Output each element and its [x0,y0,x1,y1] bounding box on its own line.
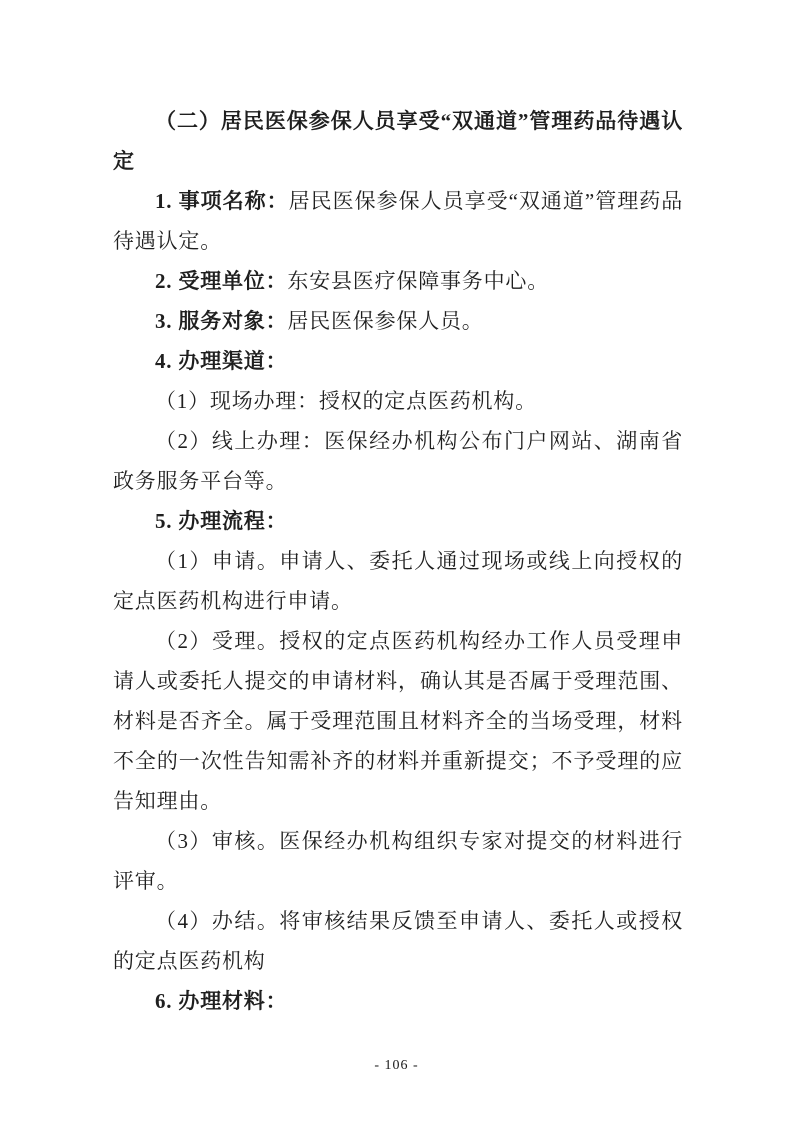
paragraph: （2）受理。授权的定点医药机构经办工作人员受理申请人或委托人提交的申请材料，确认… [113,621,683,821]
paragraph: 5. 办理流程： [113,501,683,541]
paragraph-text: （2）受理。授权的定点医药机构经办工作人员受理申请人或委托人提交的申请材料，确认… [113,629,683,813]
item-label: 3. 服务对象： [155,309,287,333]
paragraph: （3）审核。医保经办机构组织专家对提交的材料进行评审。 [113,821,683,901]
paragraph-text: （3）审核。医保经办机构组织专家对提交的材料进行评审。 [113,829,683,893]
paragraph: （1）现场办理：授权的定点医药机构。 [113,381,683,421]
paragraph-text: （1）申请。申请人、委托人通过现场或线上向授权的定点医药机构进行申请。 [113,549,683,613]
item-label: 5. 办理流程： [155,509,287,533]
paragraph: 3. 服务对象：居民医保参保人员。 [113,301,683,341]
paragraph-text: （2）线上办理：医保经办机构公布门户网站、湖南省政务服务平台等。 [113,429,683,493]
item-label: 4. 办理渠道： [155,349,287,373]
paragraph-text: 居民医保参保人员。 [287,309,483,333]
page-footer: - 106 - [0,1056,793,1076]
page-number: - 106 - [374,1058,418,1073]
document-content: （二）居民医保参保人员享受“双通道”管理药品待遇认定1. 事项名称：居民医保参保… [113,101,683,1021]
item-label: 6. 办理材料： [155,989,287,1013]
paragraph-text: （1）现场办理：授权的定点医药机构。 [155,389,537,413]
item-label: 1. 事项名称： [155,189,289,213]
document-page: （二）居民医保参保人员享受“双通道”管理药品待遇认定1. 事项名称：居民医保参保… [0,0,793,1122]
section-heading-text: （二）居民医保参保人员享受“双通道”管理药品待遇认定 [113,109,683,173]
section-heading: （二）居民医保参保人员享受“双通道”管理药品待遇认定 [113,101,683,181]
item-label: 2. 受理单位： [155,269,287,293]
paragraph: 2. 受理单位：东安县医疗保障事务中心。 [113,261,683,301]
paragraph: 6. 办理材料： [113,981,683,1021]
paragraph-text: 东安县医疗保障事务中心。 [287,269,549,293]
paragraph: 1. 事项名称：居民医保参保人员享受“双通道”管理药品待遇认定。 [113,181,683,261]
paragraph: （1）申请。申请人、委托人通过现场或线上向授权的定点医药机构进行申请。 [113,541,683,621]
paragraph: （2）线上办理：医保经办机构公布门户网站、湖南省政务服务平台等。 [113,421,683,501]
paragraph: 4. 办理渠道： [113,341,683,381]
paragraph: （4）办结。将审核结果反馈至申请人、委托人或授权的定点医药机构 [113,901,683,981]
paragraph-text: （4）办结。将审核结果反馈至申请人、委托人或授权的定点医药机构 [113,909,683,973]
